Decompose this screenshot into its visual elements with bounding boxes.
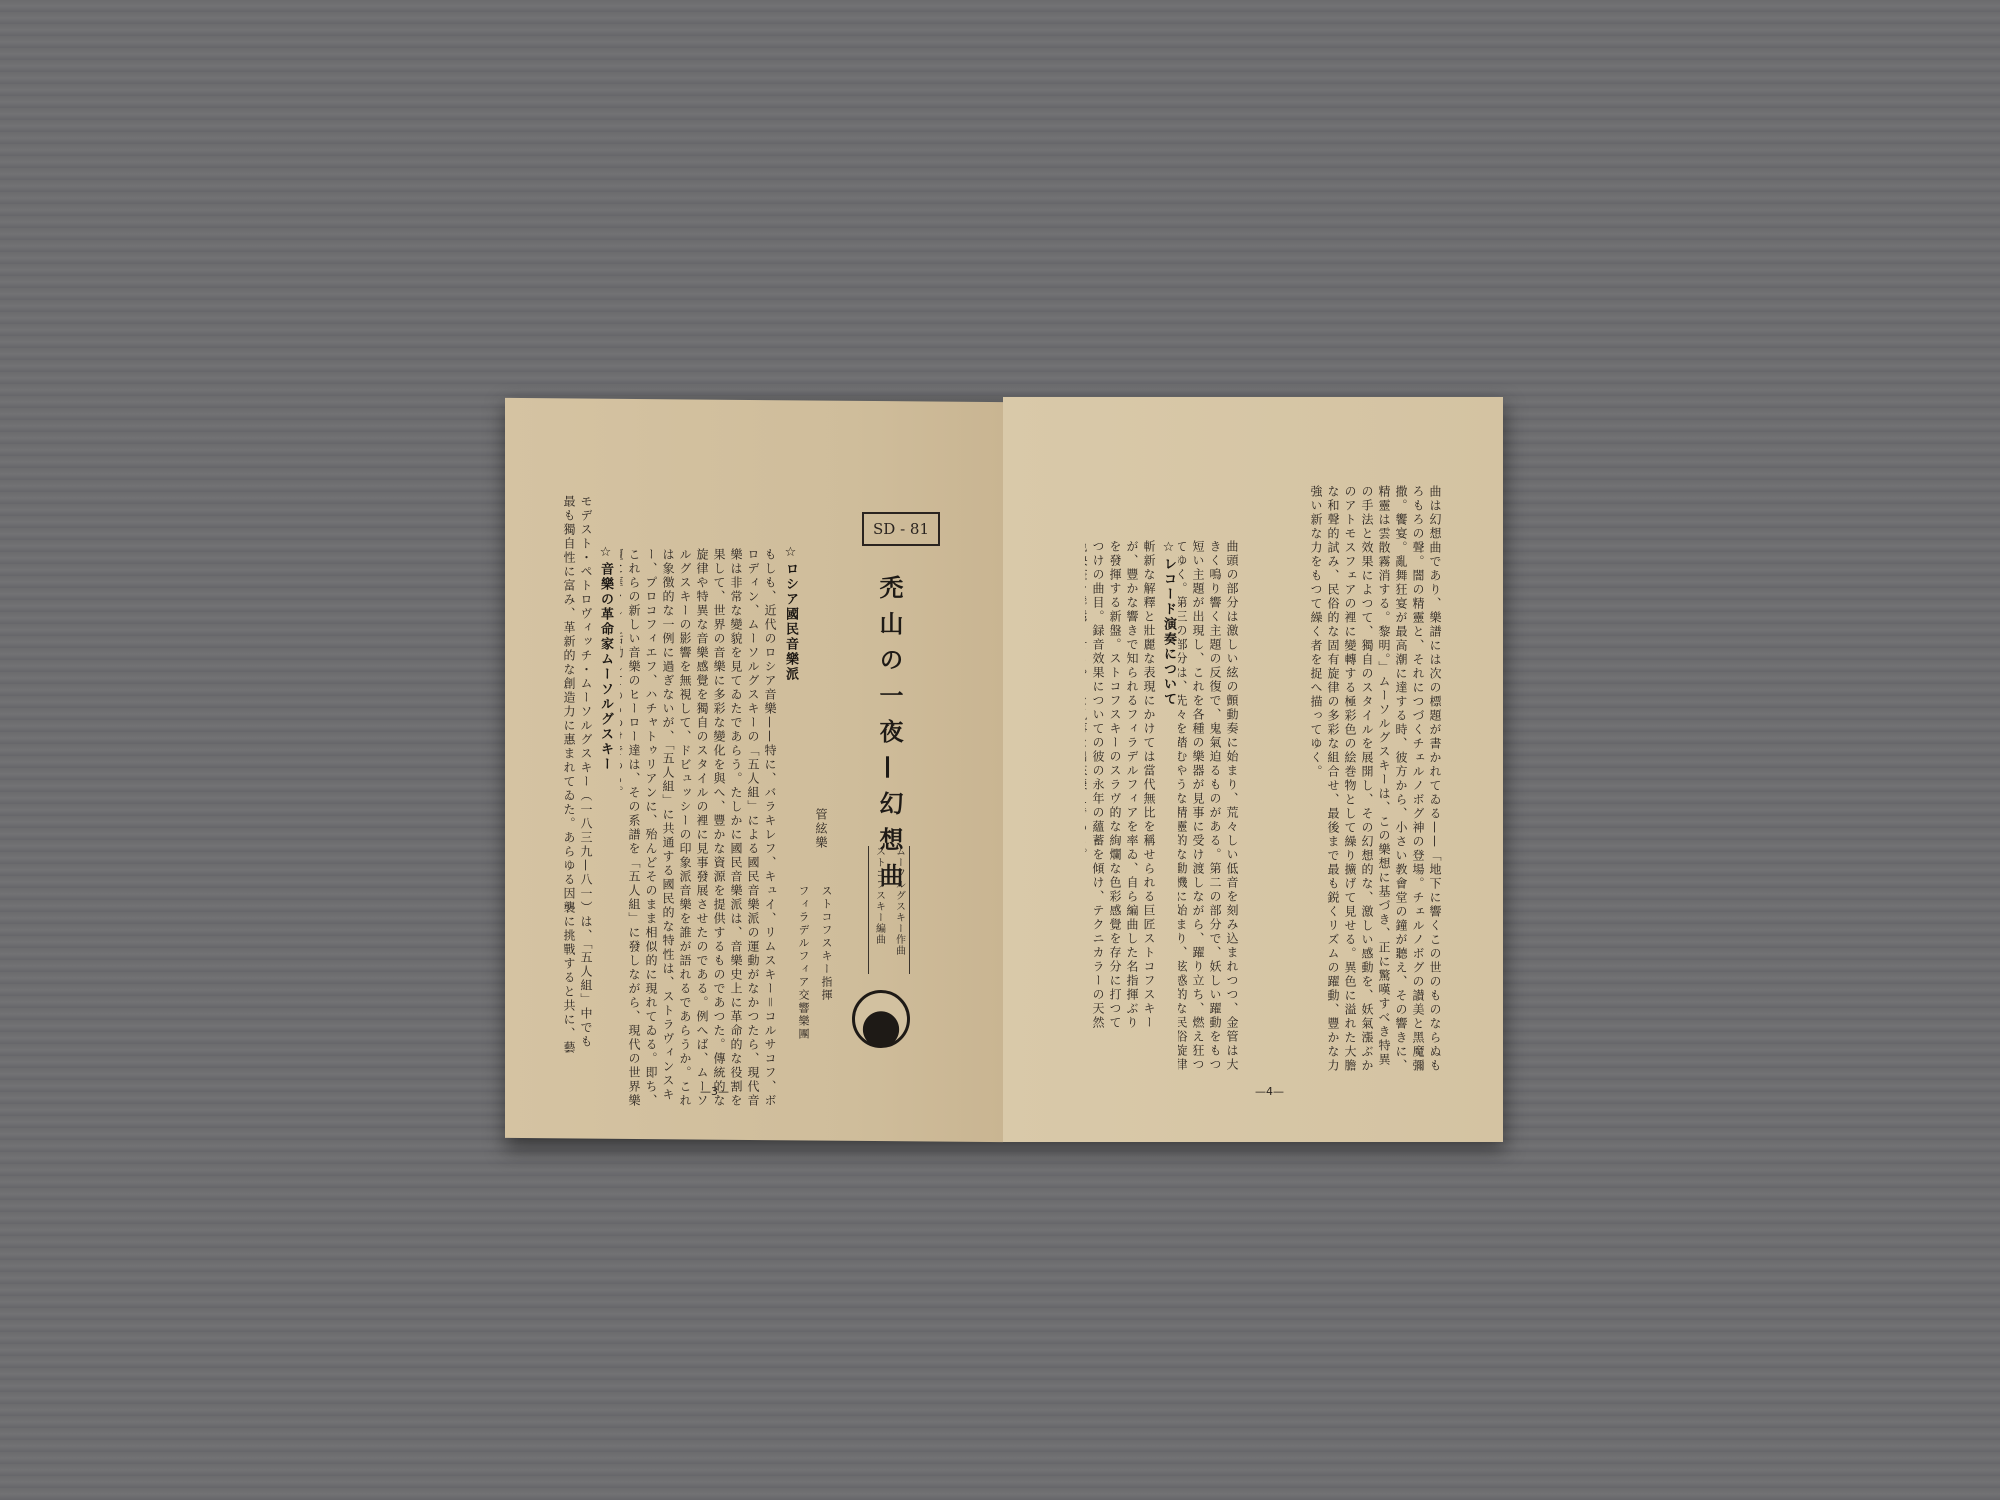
arranger-credit: ストコフスキー編曲 [872,846,887,974]
body-intro: 曲は幻想曲であり、樂譜には次の標題が書かれてゐる——「地下に響くこの世のものなら… [1245,485,1443,1075]
credits-box: ムーソルグスキー作曲 ストコフスキー編曲 [868,846,910,974]
orchestra-label: フィラデルフィア交響樂團 [795,885,812,1041]
section-heading-russian-school: ☆ロシア國民音樂派 [782,545,799,682]
his-masters-voice-logo-icon [852,990,910,1048]
section-heading-recording: ☆レコード演奏について [1160,540,1177,707]
body-middle-visible: 曲頭の部分は激しい絃の顫動奏に始まり、荒々しい低音を刻み込まれつつ、金管は大きく… [1178,540,1240,1075]
genre-label: 管絃樂 [812,808,829,850]
section-body-recording: 斬新な解釋と壯麗な表現にかけては當代無比を稱せられる巨匠ストコフスキーが、豐かな… [1085,540,1157,1040]
section-heading-mussorgsky: ☆音樂の革命家ムーソルグスキー [597,545,614,772]
page-number-left: —3— [700,1085,729,1098]
conductor-label: ストコフスキー指揮 [818,885,835,1002]
page-number-right: —4— [1255,1085,1284,1098]
catalog-code: SD - 81 [862,512,940,546]
composer-credit: ムーソルグスキー作曲 [892,846,907,974]
section-body-russian-school: もしも、近代のロシア音樂——特に、バラキレフ、キュイ、リムスキー＝コルサコフ、ボ… [620,548,778,1108]
section-body-mussorgsky: モデスト・ペトロヴィッチ・ムーソルグスキー（一八三九—八一）は、「五人組」中でも… [560,495,594,1055]
